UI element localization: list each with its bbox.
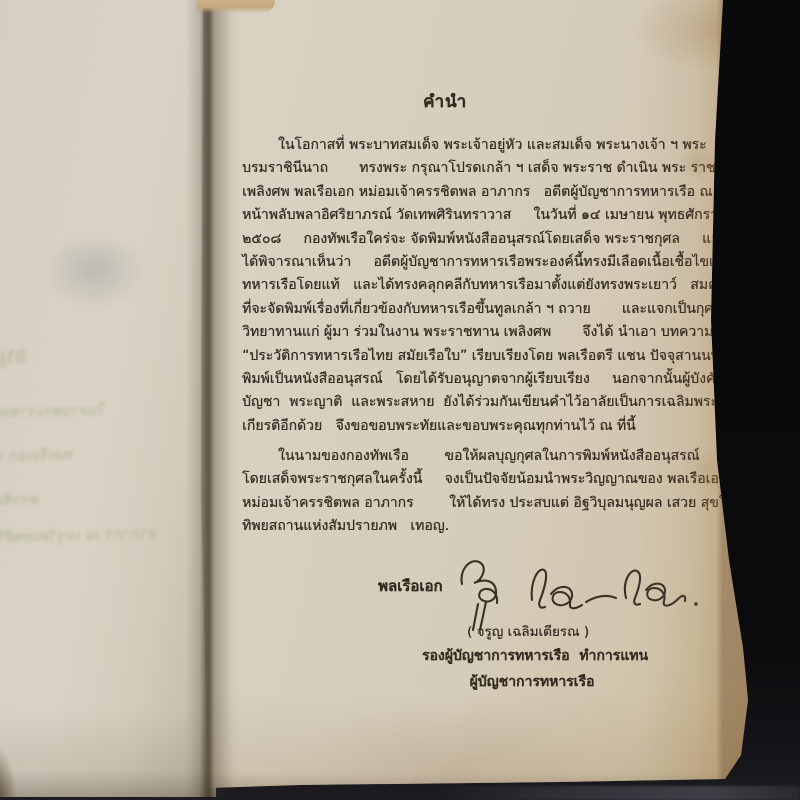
show-through-smudge	[40, 242, 150, 312]
page-bottom-shadow	[0, 707, 216, 797]
ghost-text-line: อนุสรณ์	[0, 337, 28, 374]
paragraph-line: บัญชา พระญาติ และพระสหาย ยังได้ร่วมกันเข…	[242, 391, 662, 414]
paragraph-line: โดยเสด็จพระราชกุศลในครั้งนี้ จงเป็นปัจจั…	[242, 468, 662, 491]
signature-name: ( จรูญ เฉลิมเตียรณ )	[408, 620, 648, 642]
paragraph-line: หม่อมเจ้าครรชิตพล อาภากร ให้ได้ทรง ประสบ…	[242, 492, 662, 515]
cover-edge	[0, 743, 18, 797]
left-blank-page: อนุสรณ์ ในงานพระราชทานเพลิงศพ พลเรือเอก …	[0, 0, 216, 797]
paragraph-line: ทหารเรือโดยแท้ และได้ทรงคลุกคลีกับทหารเร…	[242, 274, 662, 297]
paragraph-line: “ประวัติการทหารเรือไทย สมัยเรือใบ” เรียบ…	[242, 345, 662, 368]
paragraph-line: ในโอกาสที่ พระบาทสมเด็จ พระเจ้าอยู่หัว แ…	[242, 134, 662, 157]
paragraph-line: เพลิงศพ พลเรือเอก หม่อมเจ้าครรชิตพล อาภา…	[242, 181, 662, 204]
paragraph-line: ทิพยสถานแห่งสัมปรายภพ เทอญ.	[242, 515, 662, 538]
paragraph-line: ๒๕๐๘ กองทัพเรือใคร่จะ จัดพิมพ์หนังสืออนุ…	[242, 228, 662, 251]
paragraph-line: ในนามของกองทัพเรือ ขอให้ผลบุญกุศลในการพิ…	[242, 445, 662, 468]
paragraph-line: พิมพ์เป็นหนังสืออนุสรณ์ โดยได้รับอนุญาตจ…	[242, 368, 662, 391]
paragraph-line: วิทยาทานแก่ ผู้มา ร่วมในงาน พระราชทาน เพ…	[242, 321, 662, 344]
signature-rank: พลเรือเอก	[378, 574, 443, 598]
ghost-text-line: อาภากร ณ เมรุวัดเทพศิรินทราวาส	[0, 521, 158, 551]
paragraph-line: ที่จะจัดพิมพ์เรื่องที่เกี่ยวข้องกับทหารเ…	[242, 298, 662, 321]
paragraph-line: เกียรติอีกด้วย จึงขอขอบพระทัยและขอบพระคุ…	[242, 415, 662, 438]
preface-title: คำนำ	[242, 88, 648, 115]
ghost-text-line: พลเรือเอก หม่อมเจ้า	[0, 442, 73, 469]
signer-position-line-1: รองผู้บัญชาการทหารเรือ ทำการแทน	[390, 645, 680, 667]
table-surface-sheen	[430, 786, 800, 800]
book-photo-scene: อนุสรณ์ ในงานพระราชทานเพลิงศพ พลเรือเอก …	[0, 0, 800, 800]
preface-paragraph-1: ในโอกาสที่ พระบาทสมเด็จ พระเจ้าอยู่หัว แ…	[242, 134, 662, 438]
preface-paragraph-2: ในนามของกองทัพเรือ ขอให้ผลบุญกุศลในการพิ…	[242, 445, 662, 539]
paragraph-line: ได้พิจารณาเห็นว่า อดีตผู้บัญชาการทหารเรื…	[242, 251, 662, 274]
paragraph-line: หน้าพลับพลาอิศริยาภรณ์ วัดเทพศิรินทราวาส…	[242, 204, 662, 227]
ghost-text-line: ครรชิตพล	[0, 487, 39, 513]
paragraph-line: บรมราชินีนาถ ทรงพระ กรุณาโปรดเกล้า ฯ เสด…	[242, 157, 662, 180]
page-top-edge	[197, 0, 275, 13]
ghost-text-line: ในงานพระราชทานเพลิงศพ	[0, 398, 106, 427]
signer-position-line-2: ผู้บัญชาการทหารเรือ	[390, 671, 674, 693]
